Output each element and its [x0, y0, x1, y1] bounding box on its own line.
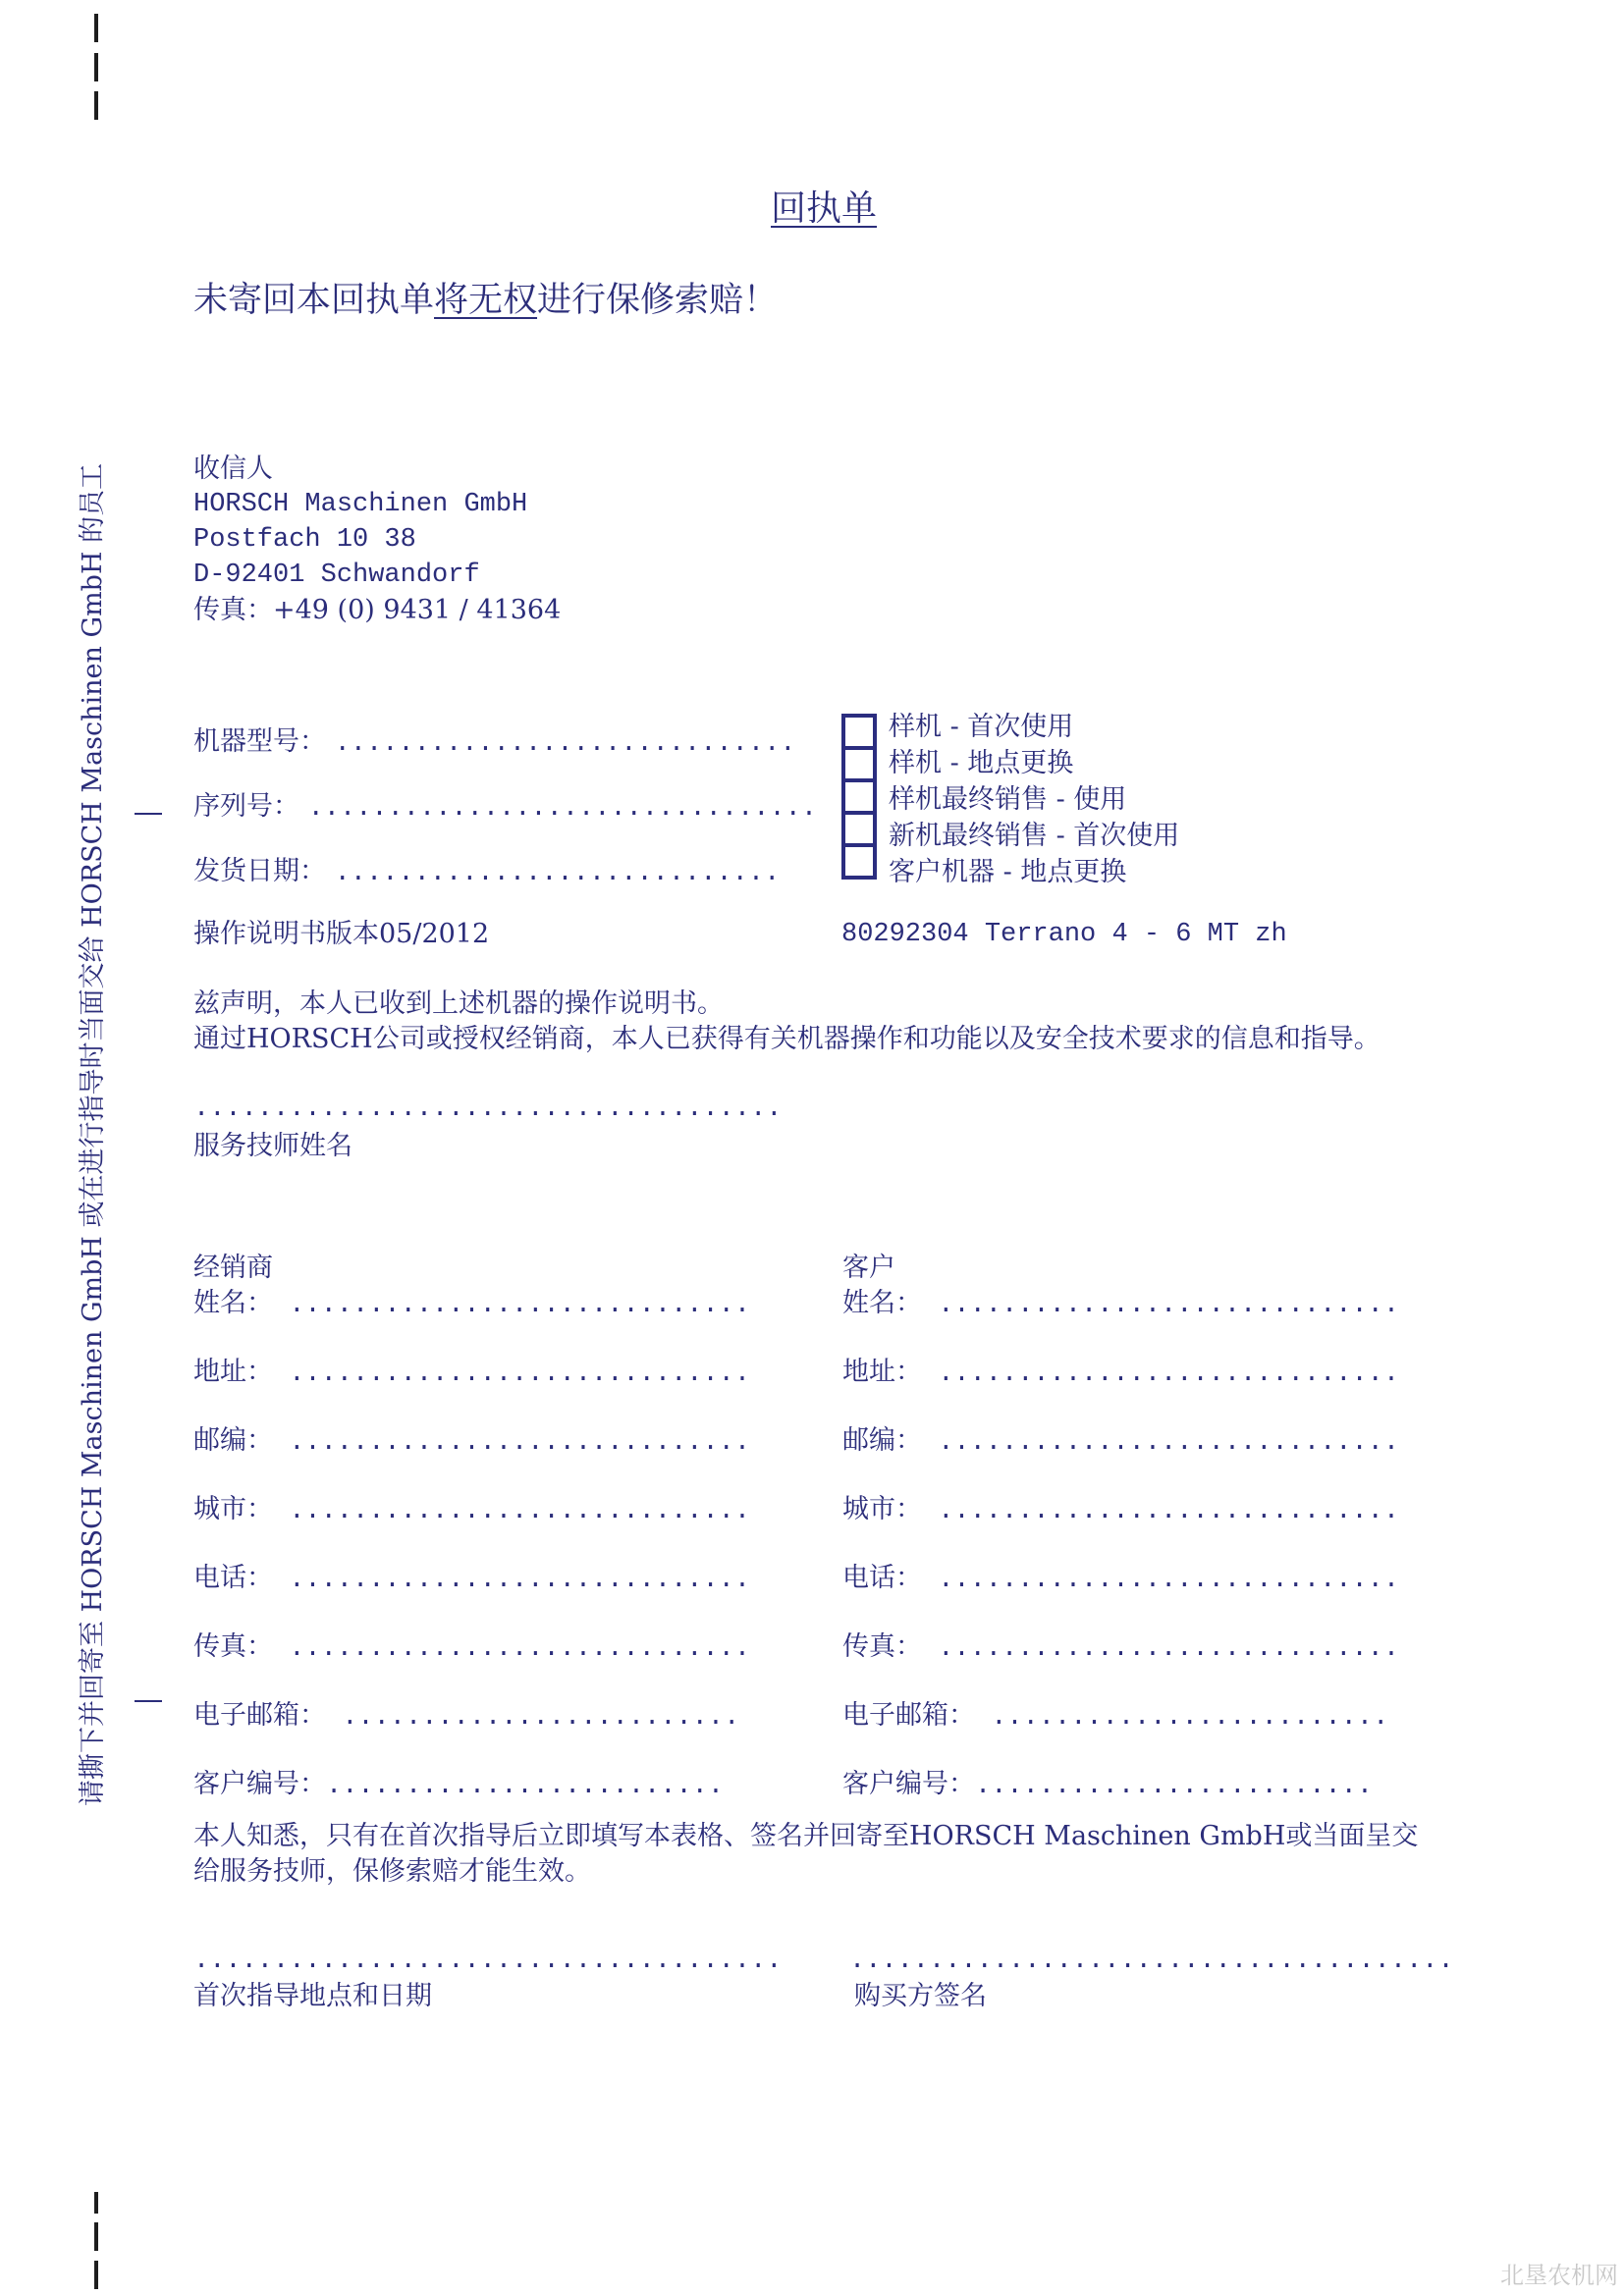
manual-version: 操作说明书版本05/2012: [193, 917, 489, 952]
cut-mark-bottom-1: [94, 2192, 98, 2214]
field-label: 姓名：: [842, 1288, 922, 1318]
tear-off-instruction: 请撕下并回寄至 HORSCH Maschinen GmbH 或在进行指导时当面交…: [71, 463, 109, 1806]
field-dots: .............................: [273, 1566, 750, 1595]
field-dots: .............................: [273, 1291, 750, 1320]
field-label: 地址：: [842, 1357, 922, 1387]
machine-model-dots: .............................: [335, 729, 796, 759]
warranty-warning: 未寄回本回执单将无权进行保修索赔！: [193, 273, 778, 322]
customer-phone-field[interactable]: 电话： .............................: [842, 1561, 1399, 1598]
field-dots: .............................: [273, 1428, 750, 1458]
field-label: 城市：: [842, 1494, 922, 1524]
first-instruction-signature-line[interactable]: .....................................: [193, 1944, 783, 1979]
field-label: 传真：: [842, 1631, 922, 1662]
customer-number-field[interactable]: 客户编号：.........................: [842, 1767, 1373, 1804]
machine-model-label: 机器型号：: [193, 726, 326, 757]
customer-email-field[interactable]: 电子邮箱： .........................: [842, 1698, 1388, 1735]
warning-text-underlined: 将无权: [434, 281, 537, 320]
recipient-po-box: Postfach 10 38: [193, 522, 561, 558]
declaration-line-1: 兹声明，本人已收到上述机器的操作说明书。: [193, 987, 1380, 1022]
field-dots: .............................: [922, 1497, 1399, 1526]
watermark: 北垦农机网: [1500, 2256, 1618, 2290]
field-label: 电话：: [193, 1563, 273, 1593]
customer-name-field[interactable]: 姓名： .............................: [842, 1286, 1399, 1323]
dealer-address-field[interactable]: 地址： .............................: [193, 1355, 750, 1392]
customer-address-field[interactable]: 地址： .............................: [842, 1355, 1399, 1392]
warning-text-before: 未寄回本回执单: [193, 281, 434, 320]
checkbox-demo-location-change[interactable]: [841, 746, 877, 782]
checkbox-demo-final-sale-use[interactable]: [841, 778, 877, 815]
dealer-city-field[interactable]: 城市： .............................: [193, 1492, 750, 1529]
customer-postcode-field[interactable]: 邮编： .............................: [842, 1423, 1399, 1461]
field-dots: .........................: [326, 1772, 724, 1801]
acknowledgement: 本人知悉，只有在首次指导后立即填写本表格、签名并回寄至HORSCH Maschi…: [193, 1819, 1418, 1890]
cut-mark-top-1: [94, 14, 98, 42]
field-dots: .............................: [922, 1360, 1399, 1389]
field-label: 地址：: [193, 1357, 273, 1387]
field-dots: .............................: [922, 1566, 1399, 1595]
field-label: 邮编：: [842, 1425, 922, 1456]
buyer-signature-label: 购买方签名: [854, 1979, 987, 2014]
checkbox-label: 样机 - 地点更换: [889, 745, 1179, 781]
technician-signature-line[interactable]: .....................................: [193, 1092, 783, 1127]
document-code: 80292304 Terrano 4 - 6 MT zh: [841, 917, 1287, 952]
dealer-email-field[interactable]: 电子邮箱： .........................: [193, 1698, 739, 1735]
checkbox-label: 样机 - 首次使用: [889, 709, 1179, 745]
recipient-city: D-92401 Schwandorf: [193, 558, 561, 593]
recipient-company: HORSCH Maschinen GmbH: [193, 487, 561, 522]
declaration: 兹声明，本人已收到上述机器的操作说明书。 通过HORSCH公司或授权经销商，本人…: [193, 987, 1380, 1057]
first-instruction-label: 首次指导地点和日期: [193, 1979, 432, 2014]
acknowledgement-line-1: 本人知悉，只有在首次指导后立即填写本表格、签名并回寄至HORSCH Maschi…: [193, 1819, 1418, 1854]
dealer-fax-field[interactable]: 传真： .............................: [193, 1629, 750, 1667]
field-label: 电子邮箱：: [193, 1700, 326, 1731]
dealer-postcode-field[interactable]: 邮编： .............................: [193, 1423, 750, 1461]
warning-text-after: 进行保修索赔！: [537, 281, 778, 320]
checkbox-label: 新机最终销售 - 首次使用: [889, 818, 1179, 854]
dealer-phone-field[interactable]: 电话： .............................: [193, 1561, 750, 1598]
technician-label: 服务技师姓名: [193, 1129, 352, 1164]
field-dots: .............................: [922, 1634, 1399, 1664]
field-dots: .............................: [273, 1634, 750, 1664]
machine-status-checkboxes: [841, 714, 877, 880]
acknowledgement-line-2: 给服务技师，保修索赔才能生效。: [193, 1854, 1418, 1890]
checkbox-customer-machine-location-change[interactable]: [841, 843, 877, 880]
checkbox-new-final-sale-first-use[interactable]: [841, 811, 877, 847]
field-dots: .............................: [922, 1428, 1399, 1458]
customer-fax-field[interactable]: 传真： .............................: [842, 1629, 1399, 1667]
delivery-date-label: 发货日期：: [193, 856, 326, 886]
field-dots: .........................: [975, 1772, 1373, 1801]
dealer-name-field[interactable]: 姓名： .............................: [193, 1286, 750, 1323]
checkbox-label: 客户机器 - 地点更换: [889, 854, 1179, 890]
field-label: 传真：: [193, 1631, 273, 1662]
checkbox-label: 样机最终销售 - 使用: [889, 781, 1179, 818]
field-dots: .............................: [273, 1497, 750, 1526]
recipient-heading: 收信人: [193, 452, 561, 487]
cut-mark-bottom-3: [94, 2261, 98, 2289]
field-dots: .............................: [273, 1360, 750, 1389]
serial-number-field[interactable]: 序列号： ................................: [193, 789, 792, 827]
cut-mark-bottom-2: [94, 2222, 98, 2251]
dealer-customer-number-field[interactable]: 客户编号：.........................: [193, 1767, 724, 1804]
delivery-date-field[interactable]: 发货日期： ............................: [193, 854, 792, 891]
serial-number-dots: ................................: [308, 794, 817, 824]
recipient-block: 收信人 HORSCH Maschinen GmbH Postfach 10 38…: [193, 452, 561, 628]
recipient-fax: 传真：+49 (0) 9431 / 41364: [193, 593, 561, 628]
serial-number-label: 序列号：: [193, 791, 299, 822]
field-label: 城市：: [193, 1494, 273, 1524]
field-label: 电话：: [842, 1563, 922, 1593]
field-dots: .........................: [975, 1703, 1388, 1733]
field-label: 电子邮箱：: [842, 1700, 975, 1731]
page-title: 回执单: [771, 181, 877, 231]
buyer-signature-line[interactable]: ......................................: [849, 1944, 1454, 1979]
field-label: 姓名：: [193, 1288, 273, 1318]
delivery-date-dots: ............................: [335, 859, 781, 888]
field-label: 客户编号：: [193, 1769, 326, 1799]
fold-tick-lower: [135, 1700, 162, 1702]
declaration-line-2: 通过HORSCH公司或授权经销商，本人已获得有关机器操作和功能以及安全技术要求的…: [193, 1022, 1380, 1057]
checkbox-labels: 样机 - 首次使用 样机 - 地点更换 样机最终销售 - 使用 新机最终销售 -…: [889, 709, 1179, 890]
cut-mark-top-3: [94, 91, 98, 120]
checkbox-demo-first-use[interactable]: [841, 714, 877, 750]
fold-tick-upper: [135, 813, 162, 815]
field-label: 客户编号：: [842, 1769, 975, 1799]
field-label: 邮编：: [193, 1425, 273, 1456]
customer-city-field[interactable]: 城市： .............................: [842, 1492, 1399, 1529]
customer-heading: 客户: [842, 1251, 895, 1286]
dealer-heading: 经销商: [193, 1251, 273, 1286]
field-dots: .............................: [922, 1291, 1399, 1320]
machine-model-field[interactable]: 机器型号： .............................: [193, 724, 792, 762]
cut-mark-top-2: [94, 53, 98, 81]
field-dots: .........................: [326, 1703, 739, 1733]
